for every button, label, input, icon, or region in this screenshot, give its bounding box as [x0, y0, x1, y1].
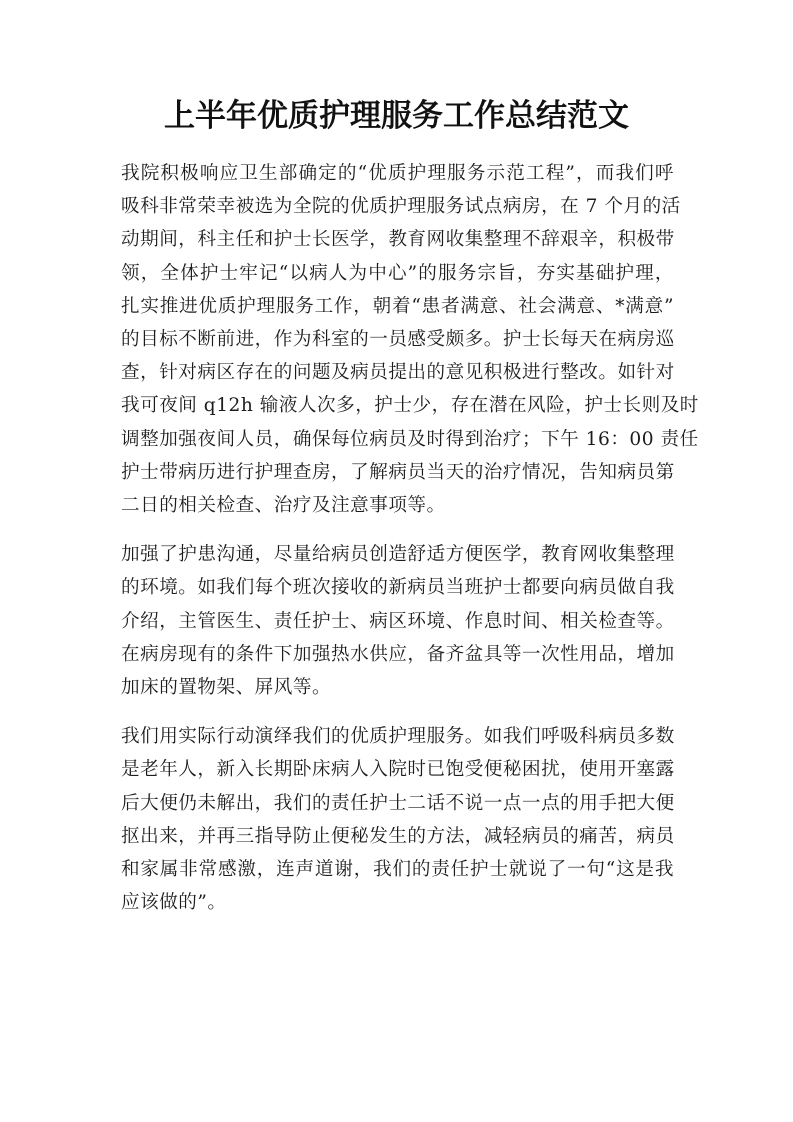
document-title: 上半年优质护理服务工作总结范文 — [0, 96, 793, 136]
text-line: 在病房现有的条件下加强热水供应，备齐盆具等一次性用品，增加 — [121, 638, 674, 671]
text-line: 加床的置物架、屏风等。 — [121, 671, 674, 704]
text-line: 调整加强夜间人员，确保每位病员及时得到治疗；下午 16：00 责任 — [121, 423, 674, 456]
paragraph-1: 我院积极响应卫生部确定的“优质护理服务示范工程”，而我们呼 吸科非常荣幸被选为全… — [121, 157, 674, 522]
text-line: 扎实推进优质护理服务工作，朝着“患者满意、社会满意、*满意” — [121, 290, 674, 323]
text-line: 查，针对病区存在的问题及病员提出的意见积极进行整改。如针对 — [121, 356, 674, 389]
text-line: 的目标不断前进，作为科室的一员感受颇多。护士长每天在病房巡 — [121, 323, 674, 356]
text-line: 的环境。如我们每个班次接收的新病员当班护士都要向病员做自我 — [121, 571, 674, 604]
text-line: 吸科非常荣幸被选为全院的优质护理服务试点病房，在 7 个月的活 — [121, 190, 674, 223]
text-line: 领，全体护士牢记“以病人为中心”的服务宗旨，夯实基础护理， — [121, 257, 674, 290]
text-line: 后大便仍未解出，我们的责任护士二话不说一点一点的用手把大便 — [121, 787, 674, 820]
text-line: 加强了护患沟通，尽量给病员创造舒适方便医学，教育网收集整理 — [121, 538, 674, 571]
text-line: 我院积极响应卫生部确定的“优质护理服务示范工程”，而我们呼 — [121, 157, 674, 190]
text-line: 我们用实际行动演绎我们的优质护理服务。如我们呼吸科病员多数 — [121, 720, 674, 753]
text-line: 护士带病历进行护理查房，了解病员当天的治疗情况，告知病员第 — [121, 456, 674, 489]
text-line: 是老年人，新入长期卧床病人入院时已饱受便秘困扰，使用开塞露 — [121, 753, 674, 786]
document-body: 我院积极响应卫生部确定的“优质护理服务示范工程”，而我们呼 吸科非常荣幸被选为全… — [121, 157, 674, 935]
text-line: 介绍，主管医生、责任护士、病区环境、作息时间、相关检查等。 — [121, 605, 674, 638]
text-line: 二日的相关检查、治疗及注意事项等。 — [121, 489, 674, 522]
text-line: 动期间，科主任和护士长医学，教育网收集整理不辞艰辛，积极带 — [121, 223, 674, 256]
text-line: 抠出来，并再三指导防止便秘发生的方法，减轻病员的痛苦，病员 — [121, 820, 674, 853]
text-line: 和家属非常感激，连声道谢，我们的责任护士就说了一句“这是我 — [121, 853, 674, 886]
text-line: 应该做的”。 — [121, 886, 674, 919]
document-page: 上半年优质护理服务工作总结范文 我院积极响应卫生部确定的“优质护理服务示范工程”… — [0, 0, 793, 1122]
text-line: 我可夜间 q12h 输液人次多，护士少，存在潜在风险，护士长则及时 — [121, 389, 674, 422]
paragraph-3: 我们用实际行动演绎我们的优质护理服务。如我们呼吸科病员多数 是老年人，新入长期卧… — [121, 720, 674, 919]
paragraph-2: 加强了护患沟通，尽量给病员创造舒适方便医学，教育网收集整理 的环境。如我们每个班… — [121, 538, 674, 704]
